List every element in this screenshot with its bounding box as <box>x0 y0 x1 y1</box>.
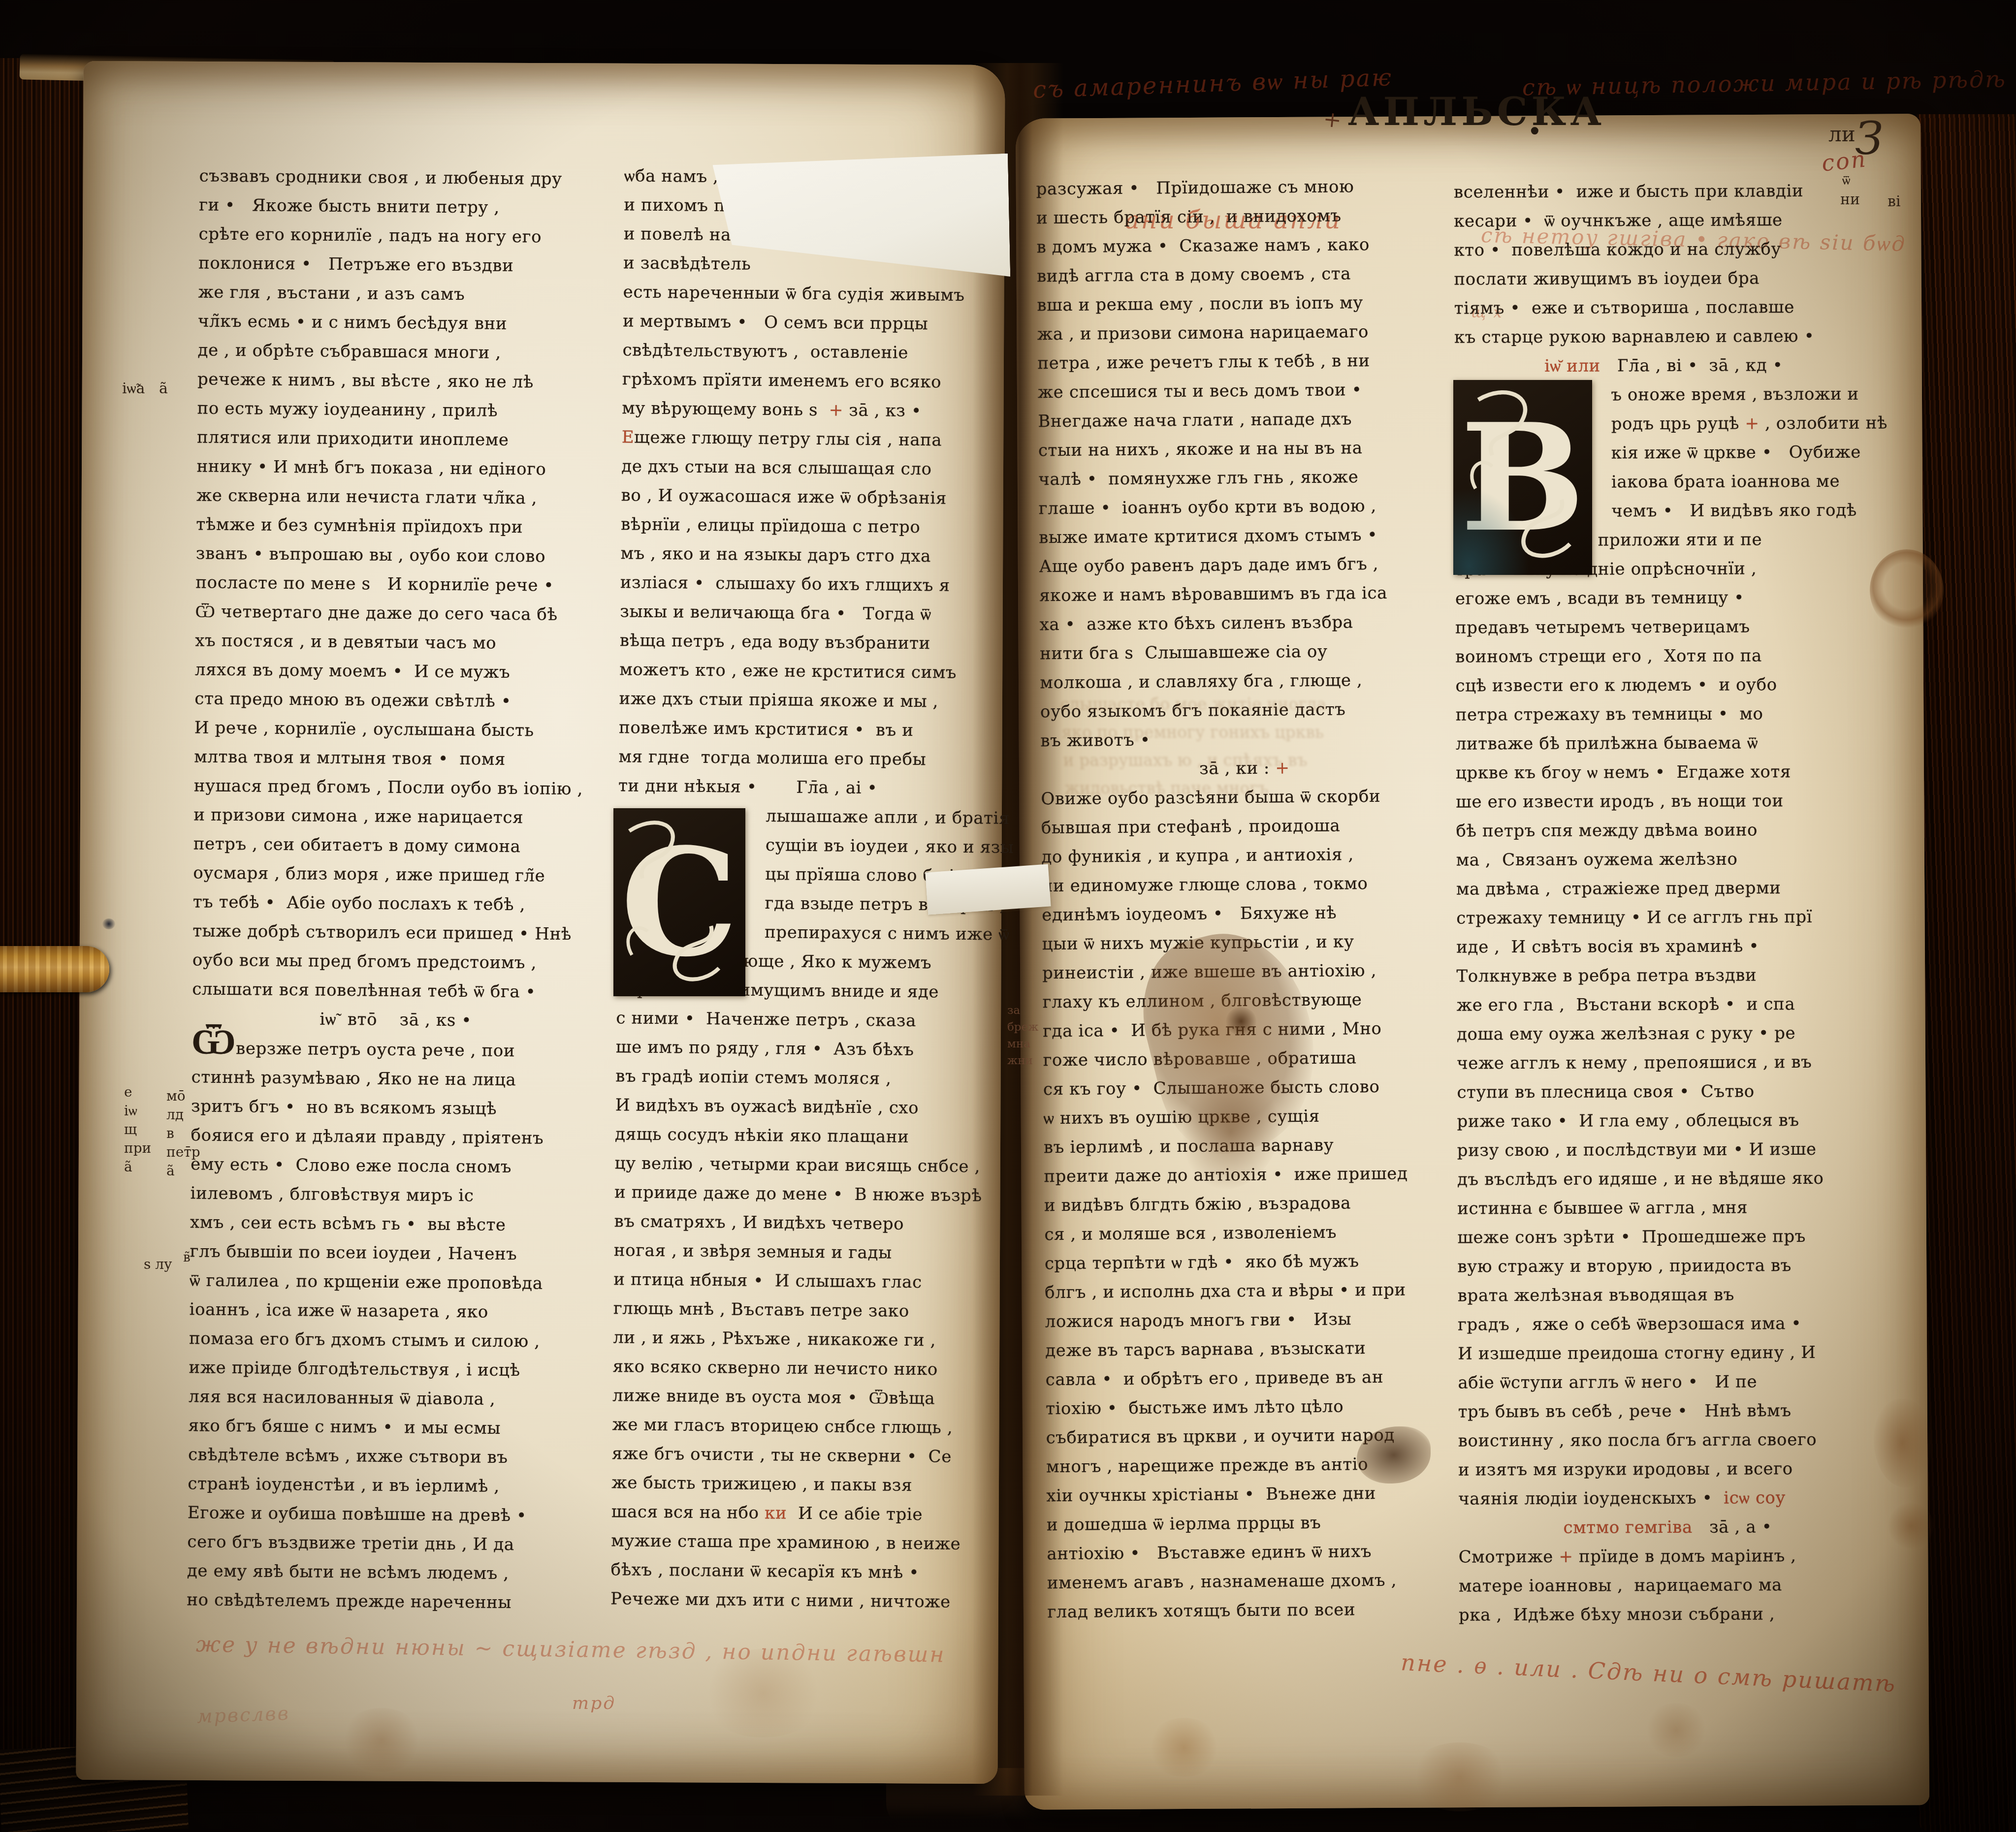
folio-corner-red-scribble: соп <box>1820 145 1868 176</box>
text-line: родъ црь руцѣ + , озлобити нѣ <box>1611 409 1873 439</box>
text-line: изліася • слышаху бо ихъ глщихъ я <box>620 568 1010 601</box>
text-line: ста предо мною въ одежи свѣтлѣ • <box>194 684 602 717</box>
text-line: ѡ нихъ въ оушію цркве , сущія <box>1043 1101 1451 1134</box>
text-line: и шесть братїя сіи , и внидохомъ <box>1036 201 1444 233</box>
text-line: ни единомуже глюще слова , токмо <box>1042 869 1449 901</box>
text-line: же бысть трижицею , и пакы взя <box>611 1468 1001 1501</box>
text-line: выже имате кртитися дхомъ стымъ • <box>1039 520 1446 553</box>
text-line: Смотриже + прїиде в домъ маріинъ , <box>1459 1542 1877 1572</box>
text-line: вѣща петръ , еда воду възбранити <box>620 626 1009 659</box>
red-ink: + <box>1745 413 1759 433</box>
red-ink: + <box>829 400 843 420</box>
margin-gloss-ioa: іѡ̃а а̃ <box>122 380 168 397</box>
text-line: вша и рекша ему , посли въ іопъ му <box>1037 288 1444 320</box>
vine-ornament-icon <box>613 808 745 996</box>
text-line: жни <box>1007 1052 1038 1069</box>
text-line: и прииде даже до мене • В нюже възрѣ <box>614 1178 1004 1211</box>
text-line: иже дхъ стыи пріяша якоже и мы , <box>619 684 1008 717</box>
text-line: И изшедше преидоша стогну едину , И <box>1458 1338 1876 1369</box>
text-line: предавъ четыремъ четверицамъ <box>1455 612 1874 643</box>
text-line: деже въ тарсъ варнава , възыскати <box>1045 1333 1453 1366</box>
text-line: лышашаже апли , и братія <box>766 802 1007 833</box>
text-line: де ему явѣ быти не всѣмъ людемъ , <box>187 1556 595 1589</box>
text-line: жа , и призови симона нарицаемаго <box>1037 317 1445 349</box>
text-line: свѣдѣтеле всѣмъ , ихже сътвори въ <box>188 1440 596 1473</box>
text-line: ногая , и звѣря земныя и гады <box>614 1236 1003 1269</box>
text-line: нушася пред бгомъ , Посли оубо въ іопію … <box>194 771 602 804</box>
text-line: петра , иже речетъ глы к тебѣ , в ни <box>1037 346 1445 379</box>
text-line: ма , Связанъ оужема желѣзно <box>1456 845 1875 875</box>
text-line: іакова брата іоаннова ме <box>1611 467 1873 497</box>
text-line: стиннѣ разумѣваю , Яко не на лица <box>191 1063 599 1095</box>
handwritten-note-bottom-small: трд <box>572 1693 616 1713</box>
text-line: бреж <box>1007 1019 1038 1036</box>
text-line: ся , и моляше вся , изволеніемъ <box>1044 1217 1452 1250</box>
woodcut-initial-S: С <box>613 808 745 996</box>
text-line: жидовьствѣ паче многъ <box>1064 774 1420 802</box>
text-line: глаше • іоаннъ оубо крти въ водою , <box>1039 491 1446 524</box>
text-line: и разрушахъ ю , и спѣяхъ въ <box>1062 746 1418 774</box>
text-line: чаянія людіи іоуденскыхъ • ісѡ соу <box>1458 1484 1877 1514</box>
text-line: де дхъ стыи на вся слышащая сло <box>621 452 1011 485</box>
text-line: яко по премногу гонихъ црквь <box>1061 718 1417 746</box>
text-line: щ <box>124 1120 151 1139</box>
text-line: же гля , въстани , и азъ самъ <box>198 278 606 310</box>
text-line: въ сматряхъ , И видѣхъ четверо <box>614 1207 1003 1240</box>
header-cross-icon: + <box>1322 106 1343 133</box>
text-line: къ старце рукою варнавлею и савлею • <box>1454 322 1873 352</box>
text-line: воиномъ стрещи его , Хотя по па <box>1455 641 1874 672</box>
text-line: е <box>124 1083 151 1102</box>
text-line: іѡ <box>124 1102 151 1120</box>
text-line: шеже сонъ зрѣти • Прошедшеже пръ <box>1457 1222 1876 1253</box>
text-line: му вѣрующему вонь ѕ + за̄ , кз • <box>622 394 1011 427</box>
text-line: речеже к нимъ , вы вѣсте , яко не лѣ <box>197 365 605 397</box>
text-line: бѣхъ , послани ѿ кесарїя къ мнѣ • <box>610 1555 1000 1588</box>
header-dot: • <box>1527 117 1542 147</box>
text-line: ха • азже кто бѣхъ силенъ възбра <box>1039 607 1447 640</box>
text-line: грѣхомъ прїяти именемъ его всяко <box>622 365 1012 398</box>
text-line: ннику • И мнѣ бгъ показа , ни едіного <box>196 452 604 484</box>
text-line: егоже емъ , всади въ темницу • <box>1455 583 1874 614</box>
woodcut-initial-V: В <box>1453 380 1592 575</box>
text-line: разсужая • Прїидошаже съ мною <box>1036 172 1443 204</box>
text-line: И видѣхъ въ оужасѣ видѣнїе , схо <box>615 1091 1004 1124</box>
text-line: послати живущимъ въ іоудеи бра <box>1454 264 1872 294</box>
text-column-3: разсужая • Прїидошаже съ мноюи шесть бра… <box>1036 172 1455 1627</box>
text-line: іѡ̃ вто̄ за̄ , кѕ • <box>192 1004 599 1036</box>
text-line: можетъ кто , еже не крститися симъ <box>619 655 1009 688</box>
text-line: до фуникія , и купра , и антиохія , <box>1041 840 1449 872</box>
text-line: ше его извести иродъ , въ нощи тои <box>1456 787 1874 817</box>
text-line: въ іерлимѣ , и послаша варнаву <box>1044 1130 1451 1163</box>
text-line: Егоже и оубиша повѣшше на древѣ • <box>188 1498 595 1531</box>
text-line: стрежаху темницу • И се агглъ гнь прї <box>1456 903 1875 933</box>
text-line: слышасте бо мое житіе иногда <box>1059 690 1415 718</box>
text-line: именемъ агавъ , назнаменаше дхомъ , <box>1047 1566 1455 1598</box>
text-line: повелѣже имъ крститися • въ и <box>619 713 1008 746</box>
gutter-gloss: забрежмнажни <box>1007 1002 1038 1069</box>
text-line: чалѣ • помянухже глъ гнь , якоже <box>1038 462 1446 495</box>
text-line: свѣдѣтельствуютъ , оставленіе <box>622 336 1012 369</box>
text-line: дящь сосудъ нѣкіи яко плащани <box>615 1120 1004 1153</box>
text-line: же ми гласъ вторицею снбсе глющь , <box>612 1410 1001 1443</box>
red-ink: ісѡ соу <box>1724 1488 1786 1508</box>
text-line: шася вся на нбо ки И се абіе тріе <box>611 1497 1001 1530</box>
text-line: ринеистіи , иже вшеше въ антіохію , <box>1042 956 1450 988</box>
text-line: матере іоанновы , нарицаемаго ма <box>1459 1571 1877 1601</box>
text-line: тіямъ • еже и сътвориша , пославше <box>1454 293 1873 323</box>
text-line: мужие сташа пре храминою , в неиже <box>611 1526 1000 1559</box>
text-line: есть нареченныи ѿ бга судія живымъ <box>623 278 1012 311</box>
text-line: же скверна или нечиста глати чл̃ка , <box>196 481 604 513</box>
text-line: гда іса • И бѣ рука гня с ними , Мно <box>1043 1014 1450 1046</box>
text-line: хъ постяся , и в девятыи часъ мо <box>195 626 603 659</box>
text-line: кто • повелѣша кождо и на службу <box>1454 235 1872 265</box>
text-line: дъ въслѣдъ его идяше , и не вѣдяше яко <box>1457 1164 1876 1195</box>
text-line: чемъ • И видѣвъ яко годѣ <box>1611 496 1873 526</box>
large-initial: Ѿ <box>192 1020 236 1062</box>
text-line: съзвавъ сродники своя , и любеныя дру <box>199 161 607 194</box>
text-line: воистинну , яко посла бгъ аггла своего <box>1458 1425 1877 1456</box>
text-line: цу велію , четырми краи висящь снбсе , <box>614 1149 1004 1182</box>
text-line: плятися или приходити иноплеме <box>197 423 605 455</box>
text-line: вселеннѣи • иже и бысть при клавдіи <box>1454 177 1872 207</box>
text-line: иже пріиде блгодѣтельствуя , і исцѣ <box>189 1353 596 1386</box>
open-book-photo: + АПЛЬСКА • съ амареннинъ вѡ ны раѥ сѣ ѡ… <box>0 0 2016 1832</box>
repair-tape-patch-small <box>925 864 1051 915</box>
text-line: странѣ іоуденстѣи , и въ іерлимѣ , <box>188 1469 595 1502</box>
text-line: глад великъ хотящъ быти по всеи <box>1047 1595 1455 1627</box>
text-line: сцѣ извести его к людемъ • и оубо <box>1455 670 1874 701</box>
text-line: глаху къ еллином , блговѣствующе <box>1042 985 1450 1017</box>
text-line: Аще оубо равенъ даръ даде имъ бгъ , <box>1039 549 1446 582</box>
text-line: же его гла , Въстани вскорѣ • и спа <box>1457 990 1875 1020</box>
text-line: тъ тебѣ • Абіе оубо послахъ к тебѣ , <box>193 887 601 920</box>
text-line: глющь мнѣ , Въставъ петре зако <box>613 1294 1003 1327</box>
vine-ornament-icon <box>1453 380 1592 575</box>
text-line: посласте по мене ѕ И корнилїе рече • <box>195 568 603 600</box>
text-column-1: съзвавъ сродники своя , и любеныя други … <box>187 161 607 1618</box>
text-line: ли , и яжь , Рѣхъже , никакоже ги , <box>613 1323 1002 1356</box>
text-line: савла • и обрѣтъ его , приведе въ ан <box>1045 1362 1453 1395</box>
text-line: тіохію • быстьже имъ лѣто цѣло <box>1046 1391 1453 1424</box>
text-line: въ градѣ иопіи стемъ моляся , <box>615 1062 1005 1095</box>
red-ink: іѡ̆ или <box>1544 356 1600 376</box>
text-line: срѣте его корнилїе , падъ на ногу его <box>198 220 606 252</box>
left-fore-edge <box>0 58 90 1832</box>
text-line: чеже агглъ к нему , препояшися , и въ <box>1457 1048 1875 1078</box>
text-line: ма двѣма , стражіеже пред дверми <box>1456 874 1875 904</box>
text-line: и изятъ мя изруки иродовы , и всего <box>1458 1454 1877 1485</box>
text-line: ляхся въ дому моемъ • И се мужъ <box>195 655 603 688</box>
text-line: при <box>124 1139 151 1158</box>
handwritten-note-top-right: сѣ ѡ ницѣ положи мира и рѣ рѣдѣ <box>1522 65 2007 100</box>
text-line: хмъ , сеи есть всѣмъ гь • вы вѣсте <box>190 1208 598 1240</box>
text-line: блгъ , и исполнь дха ста и вѣры • и при <box>1045 1275 1452 1308</box>
text-line: Толкнувже в ребра петра въздви <box>1456 961 1875 991</box>
text-line: ѿ галилеа , по крщеніи еже проповѣда <box>190 1266 597 1298</box>
text-line: преити даже до антіохія • иже пришед <box>1044 1159 1451 1192</box>
text-line: яже бгъ очисти , ты не скверни • Се <box>612 1439 1001 1472</box>
text-line: събиратися въ цркви , и оучити народ <box>1046 1421 1453 1453</box>
text-line: ложися народъ многъ гви • Изы <box>1045 1304 1453 1337</box>
text-line: слышати вся повелѣнная тебѣ ѿ бга • <box>192 975 600 1007</box>
text-line: лиже вниде въ оуста моя • Ѿвѣща <box>612 1381 1002 1414</box>
text-line: истинна є бывшее ѿ аггла , мня <box>1457 1193 1876 1224</box>
text-line: Ѿ четвертаго дне даже до сего часа бѣ <box>195 597 603 630</box>
text-line: ступи въ плесница своя • Сътво <box>1457 1077 1875 1107</box>
text-line: іоаннъ , іса иже ѿ назарета , яко <box>189 1295 597 1327</box>
text-line: тръ бывъ въ себѣ , рече • Ннѣ вѣмъ <box>1458 1396 1877 1427</box>
text-line: де , и обрѣте събравшася многи , <box>197 336 605 368</box>
text-line: гоже число вѣровавше , обратиша <box>1043 1043 1450 1075</box>
text-line: риже тако • И гла ему , облецыся въ <box>1457 1106 1875 1137</box>
text-line: иде , И свѣтъ восія въ храминѣ • <box>1456 932 1875 962</box>
text-line: в домъ мужа • Сказаже намъ , како <box>1036 230 1444 262</box>
text-line: петръ , сеи обитаетъ в дому симона <box>193 829 601 862</box>
text-line: ляя вся насилованныя ѿ діавола , <box>189 1382 596 1415</box>
text-line: оусмаря , близ моря , иже пришед гл̃е <box>193 858 601 891</box>
text-line: цыи ѿ нихъ мужіе купрьстіи , и ку <box>1042 927 1449 959</box>
text-line: кесари • ѿ оучнкъже , аще имѣяше <box>1454 206 1872 236</box>
text-line: ше имъ по ряду , гля • Азъ бѣхъ <box>616 1033 1005 1066</box>
text-line: во , И оужасошася иже ѿ обрѣзанія <box>621 481 1010 514</box>
text-line: вую стражу и вторую , приидоста въ <box>1457 1251 1876 1282</box>
text-line: бѣ петръ спя между двѣма воино <box>1456 816 1874 846</box>
text-line: чл̃къ есмь • и с нимъ бесѣдуя вни <box>198 307 606 339</box>
margin-ref-b: ві <box>1888 193 1900 210</box>
text-line: вѣрнїи , елицы прїидоша с петро <box>621 510 1010 543</box>
text-line: поклонися • Петръже его въздви <box>198 249 606 281</box>
text-line: препирахуся с нимъ иже ѿ <box>765 918 1006 949</box>
text-line: Внегдаже нача глати , нападе дхъ <box>1038 404 1445 437</box>
red-ink: Е <box>622 427 635 447</box>
text-line: и дошедша ѿ іерлма пррцы въ <box>1047 1508 1454 1540</box>
text-line: ему есть • Слово еже посла сномъ <box>191 1150 598 1182</box>
text-line: а̃ <box>124 1158 151 1176</box>
text-line: ти дни нѣкыя • Гл̄а , аі • <box>618 771 1008 804</box>
text-line: единѣмъ іоудеомъ • Бяхуже нѣ <box>1042 898 1449 930</box>
folio-corner-letters: ли <box>1828 122 1856 146</box>
text-line: цркве къ бгоу ѡ немъ • Егдаже хотя <box>1456 758 1874 788</box>
text-line: петра стрежаху въ темницы • мо <box>1456 699 1874 730</box>
margin-gloss-cluster-a: еіѡщприа̃ <box>124 1083 151 1176</box>
text-line: тѣмже и без сумнѣнія прїидохъ при <box>196 510 604 542</box>
text-line: смтмо гемгіва за̄ , а • <box>1458 1513 1877 1543</box>
text-line: и призови симона , иже нарицается <box>193 800 601 833</box>
text-line: и птица нбныя • И слышахъ глас <box>613 1265 1003 1298</box>
text-line: ги • Якоже бысть внити петру , <box>199 190 607 223</box>
text-line: млтва твоя и млтыня твоя • помя <box>194 742 602 775</box>
text-line: но свѣдѣтелемъ прежде нареченны <box>187 1585 594 1618</box>
text-line: бывшая при стефанѣ , проидоша <box>1041 811 1449 843</box>
text-line: іѡ̆ или Гл̄а , ві • за̄ , кд • <box>1454 351 1873 381</box>
text-line: помаза его бгъ дхомъ стымъ и силою , <box>189 1324 597 1357</box>
text-line: Ещеже глющу петру глы сія , напа <box>622 423 1011 456</box>
text-line: видѣ аггла ста в дому своемъ , ста <box>1037 259 1444 291</box>
text-line: званъ • въпрошаю вы , оубо кои слово <box>196 539 604 571</box>
text-line: мя гдне тогда молиша его пребы <box>618 742 1008 775</box>
text-line: срца терпѣти ѡ гдѣ • яко бѣ мужъ <box>1045 1246 1452 1279</box>
text-line: абіе ѿступи агглъ ѿ него • И пе <box>1458 1367 1876 1398</box>
red-ink: смтмо гемгіва <box>1563 1517 1692 1538</box>
red-ink: ки <box>765 1503 787 1523</box>
text-line: якоже и намъ вѣровавшимъ въ гда іса <box>1039 578 1447 611</box>
text-line: литваже бѣ прилѣжна бываема ѿ <box>1456 728 1874 759</box>
margin-gloss-small: ѕ лу <box>144 1256 172 1272</box>
text-line: по есть мужу іоудеанину , прилѣ <box>197 394 605 426</box>
handwritten-note-bottom-faint: мрвслвв <box>196 1703 290 1728</box>
text-line: мъ , яко и на языкы даръ стго дха <box>620 539 1010 572</box>
text-line: и видѣвъ блгдть бжію , възрадова <box>1044 1188 1452 1221</box>
text-line: тыже добрѣ сътворилъ еси пришед • Ннѣ <box>192 916 600 949</box>
text-line: рка , Идѣже бѣху мнози събрани , <box>1459 1600 1877 1630</box>
text-line: ризу свою , и послѣдствуи ми • И изше <box>1457 1135 1876 1166</box>
text-line: оубо вси мы пред бгомъ предстоимъ , <box>192 946 600 978</box>
ink-offset-ghost-text: слышасте бо мое житіе иногдаяко по премн… <box>1059 690 1420 802</box>
text-line: за <box>1007 1002 1038 1019</box>
text-line: Речеже ми дхъ ити с ними , ничтоже <box>610 1584 1000 1617</box>
text-line: доша ему оужа желѣзная с руку • ре <box>1457 1019 1875 1049</box>
text-line: яко всяко скверно ли нечисто нико <box>612 1352 1002 1385</box>
text-line: И рече , корнилїе , оуслышана бысть <box>194 713 602 746</box>
text-line: с ними • Наченже петръ , сказа <box>616 1004 1005 1037</box>
text-line: зыкы и величающа бга • Тогда ѿ <box>620 597 1009 630</box>
text-line: кія иже ѿ цркве • Оубиже <box>1611 438 1873 468</box>
text-line: іилевомъ , блговѣствуя миръ іс <box>190 1179 598 1211</box>
text-line: Ѿверзже петръ оуста рече , пои <box>192 1033 600 1066</box>
text-line: градъ , яже о себѣ ѿверзошася има • <box>1458 1309 1876 1340</box>
text-line: же спсешися ты и весь домъ твои • <box>1038 375 1445 408</box>
text-line: антіохію • Въставже единъ ѿ нихъ <box>1047 1537 1454 1569</box>
text-line: многъ , нарещиже прежде въ антіо <box>1046 1450 1454 1482</box>
text-line: мна <box>1007 1036 1038 1052</box>
text-line: нити бга ѕ Слышавшеже сіа оу <box>1040 636 1447 669</box>
right-fore-edge <box>1917 114 2016 1832</box>
text-line: яко бгъ бяше с нимъ • и мы есмы <box>188 1411 596 1444</box>
text-line: зритъ бгъ • но въ всякомъ языцѣ <box>191 1092 599 1124</box>
text-line: и мертвымъ • О семъ вси пррцы <box>623 307 1012 340</box>
text-line: ся къ гоу • Слышаноже бысть слово <box>1043 1072 1451 1105</box>
text-line: врата желѣзная въводящая въ <box>1458 1280 1876 1311</box>
text-line: сего бгъ въздвиже третіи днь , И да <box>187 1527 595 1560</box>
text-line: сущіи въ іоудеи , яко и язы <box>766 831 1007 862</box>
text-line: хіи оучнкы хрістіаны • Вънеже дни <box>1046 1479 1454 1511</box>
wooden-pointer-stick <box>0 946 109 992</box>
text-line: бояися его и дѣлаяи правду , пріятенъ <box>191 1121 598 1153</box>
text-line: стыи на нихъ , якоже и на ны въ на <box>1038 433 1446 466</box>
handwritten-note-top-left: съ амареннинъ вѡ ны раѥ <box>1032 63 1393 103</box>
text-line: глъ бывшіи по всеи іоудеи , Наченъ <box>190 1237 597 1269</box>
text-line: ъ оноже время , възложи и <box>1611 380 1873 410</box>
red-ink: + <box>1559 1547 1573 1567</box>
